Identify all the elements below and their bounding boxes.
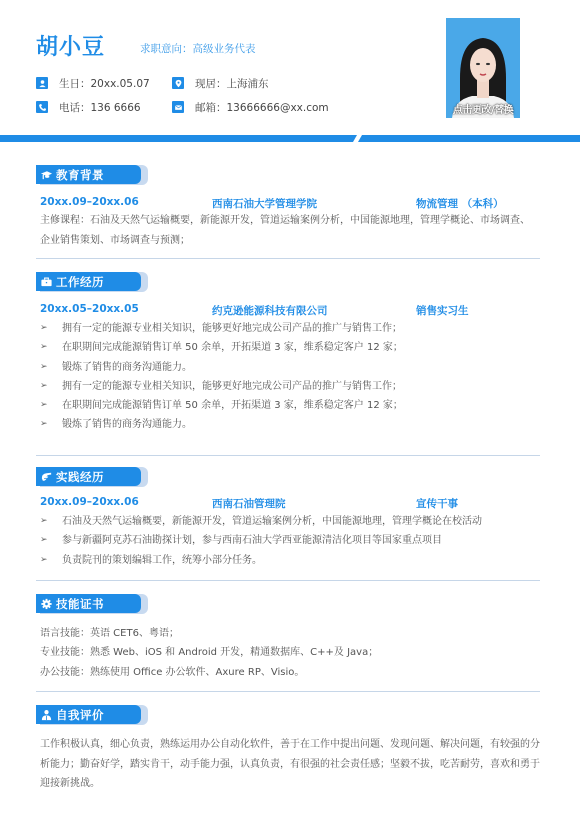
section-title: 工作经历: [56, 274, 104, 290]
briefcase-icon: [40, 275, 53, 288]
info-birthday: 生日：20xx.05.07: [36, 76, 150, 90]
education-date: 20xx.09–20xx.06: [40, 196, 139, 208]
arrow-bullet-icon: ➢: [40, 531, 62, 550]
arrow-bullet-icon: ➢: [40, 396, 62, 415]
profile-photo[interactable]: 点击更改/替换: [446, 18, 520, 118]
practice-date: 20xx.09–20xx.06: [40, 496, 139, 508]
handshake-icon: [40, 470, 53, 483]
section-header-work: 工作经历: [36, 272, 148, 292]
work-role: 销售实习生: [416, 303, 469, 318]
location-text: 现居：上海浦东: [195, 76, 269, 91]
list-item: ➢在职期间完成能源销售订单 50 余单，开拓渠道 3 家，维系稳定客户 12 家…: [40, 396, 403, 415]
arrow-bullet-icon: ➢: [40, 338, 62, 357]
job-intent: 求职意向：高级业务代表: [140, 41, 256, 56]
section-header-self-eval: 自我评价: [36, 705, 148, 725]
list-item: ➢锻炼了销售的商务沟通能力。: [40, 415, 403, 434]
list-item: ➢参与新疆阿克苏石油勘探计划，参与西南石油大学西亚能源清洁化项目等国家重点项目: [40, 531, 482, 550]
location-pin-icon: [172, 77, 184, 89]
list-item: ➢拥有一定的能源专业相关知识，能够更好地完成公司产品的推广与销售工作；: [40, 377, 403, 396]
birthday-text: 生日：20xx.05.07: [59, 76, 150, 91]
person-icon: [40, 708, 53, 721]
info-phone: 电话：136 6666: [36, 100, 141, 114]
practice-role: 宣传干事: [416, 496, 458, 511]
arrow-bullet-icon: ➢: [40, 377, 62, 396]
work-bullet-list: ➢拥有一定的能源专业相关知识，能够更好地完成公司产品的推广与销售工作； ➢在职期…: [40, 319, 403, 435]
education-courses-line-1: 主修课程：石油及天然气运输概要，新能源开发，管道运输案例分析，中国能源地理，管理…: [40, 211, 530, 231]
arrow-bullet-icon: ➢: [40, 551, 62, 570]
work-date: 20xx.05–20xx.05: [40, 303, 139, 315]
info-email: 邮箱：13666666@xx.com: [172, 100, 329, 114]
section-header-skills: 技能证书: [36, 594, 148, 614]
skill-language: 语言技能：英语 CET6、粤语；: [40, 624, 179, 644]
mail-icon: [172, 101, 184, 113]
section-separator: [36, 455, 540, 456]
section-title: 自我评价: [56, 707, 104, 723]
phone-icon: [36, 101, 48, 113]
section-separator: [36, 691, 540, 692]
candidate-name: 胡小豆: [36, 30, 105, 61]
arrow-bullet-icon: ➢: [40, 512, 62, 531]
arrow-bullet-icon: ➢: [40, 319, 62, 338]
arrow-bullet-icon: ➢: [40, 358, 62, 377]
arrow-bullet-icon: ➢: [40, 415, 62, 434]
phone-text: 电话：136 6666: [59, 100, 141, 115]
list-item: ➢锻炼了销售的商务沟通能力。: [40, 358, 403, 377]
list-item: ➢在职期间完成能源销售订单 50 余单，开拓渠道 3 家，维系稳定客户 12 家…: [40, 338, 403, 357]
section-separator: [36, 580, 540, 581]
section-title: 实践经历: [56, 469, 104, 485]
email-text: 邮箱：13666666@xx.com: [195, 100, 329, 115]
info-location: 现居：上海浦东: [172, 76, 269, 90]
education-major: 物流管理 （本科）: [416, 196, 504, 211]
section-separator: [36, 258, 540, 259]
section-header-education: 教育背景: [36, 165, 148, 185]
education-courses-line-2: 企业销售策划、市场调查与预测；: [40, 231, 190, 251]
header-divider-right: [358, 135, 580, 142]
list-item: ➢拥有一定的能源专业相关知识，能够更好地完成公司产品的推广与销售工作；: [40, 319, 403, 338]
section-title: 技能证书: [56, 596, 104, 612]
list-item: ➢负责院刊的策划编辑工作，统筹小部分任务。: [40, 551, 482, 570]
skill-office: 办公技能：熟练使用 Office 办公软件、Axure RP、Visio。: [40, 663, 304, 683]
practice-row-header: 20xx.09–20xx.06 西南石油管理院 宣传干事: [40, 496, 540, 510]
graduation-cap-icon: [40, 168, 53, 181]
header-divider-left: [0, 135, 357, 142]
work-company: 约克逊能源科技有限公司: [212, 303, 328, 318]
section-header-practice: 实践经历: [36, 467, 148, 487]
practice-org: 西南石油管理院: [212, 496, 286, 511]
education-row-header: 20xx.09–20xx.06 西南石油大学管理学院 物流管理 （本科）: [40, 196, 540, 210]
list-item: ➢石油及天然气运输概要，新能源开发，管道运输案例分析，中国能源地理，管理学概论在…: [40, 512, 482, 531]
education-school: 西南石油大学管理学院: [212, 196, 317, 211]
photo-change-caption[interactable]: 点击更改/替换: [446, 101, 520, 116]
gear-icon: [40, 597, 53, 610]
work-row-header: 20xx.05–20xx.05 约克逊能源科技有限公司 销售实习生: [40, 303, 540, 317]
skill-professional: 专业技能：熟悉 Web、iOS 和 Android 开发，精通数据库、C++及 …: [40, 643, 378, 663]
section-title: 教育背景: [56, 167, 104, 183]
self-evaluation-text: 工作积极认真，细心负责，熟练运用办公自动化软件，善于在工作中提出问题、发现问题、…: [40, 735, 540, 794]
user-icon: [36, 77, 48, 89]
practice-bullet-list: ➢石油及天然气运输概要，新能源开发，管道运输案例分析，中国能源地理，管理学概论在…: [40, 512, 482, 570]
